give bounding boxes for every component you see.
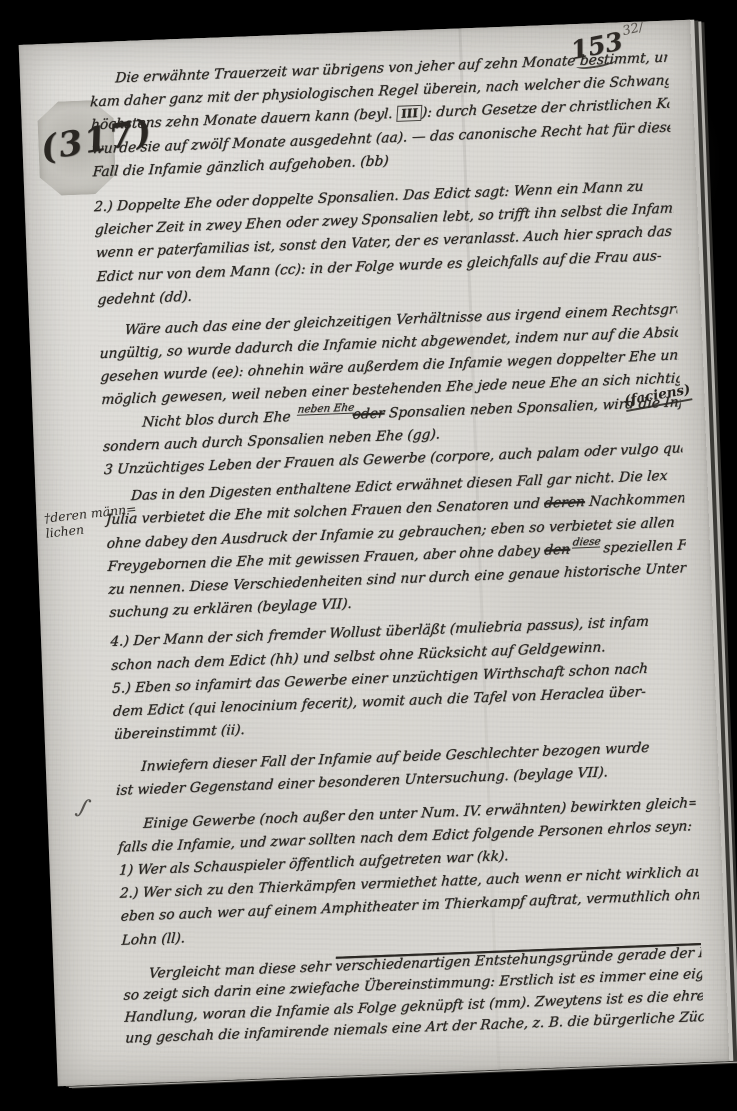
text-ins: diese xyxy=(572,536,601,548)
manuscript-text: Die erwähnte Trauerzeit war übrigens von… xyxy=(88,47,705,1078)
ink-squiggle: ∫ xyxy=(73,794,93,821)
scanner-background: { "document": { "kind": "handwritten man… xyxy=(0,0,737,1111)
text-run: Nicht blos durch Ehe xyxy=(142,408,296,430)
text-strike: den xyxy=(544,541,571,558)
margin-mark: x xyxy=(88,656,96,680)
margin-mark: V. xyxy=(88,813,100,837)
text-run: speziellen Fall xyxy=(598,536,703,556)
text-run: suchung zu erklären (beylage VII). xyxy=(109,596,353,621)
text-run: Nachkommen, xyxy=(584,490,691,510)
manuscript-page: (317) 153 32/ †deren männ= lichen (facie… xyxy=(19,20,730,1086)
text-box: III xyxy=(397,105,423,122)
folio-number: 32/ xyxy=(621,20,645,39)
text-strike: oder xyxy=(352,405,385,422)
text-ins: neben Ehe xyxy=(297,402,355,415)
margin-mark: x xyxy=(94,861,103,885)
text-run: übereinstimmt (ii). xyxy=(113,722,245,743)
margin-mark: x xyxy=(97,931,106,955)
text-run: gedehnt (dd). xyxy=(97,288,193,308)
text-run: Lohn (ll). xyxy=(121,930,186,948)
text-strike: deren xyxy=(544,494,586,512)
margin-mark: x 123) xyxy=(88,725,104,750)
